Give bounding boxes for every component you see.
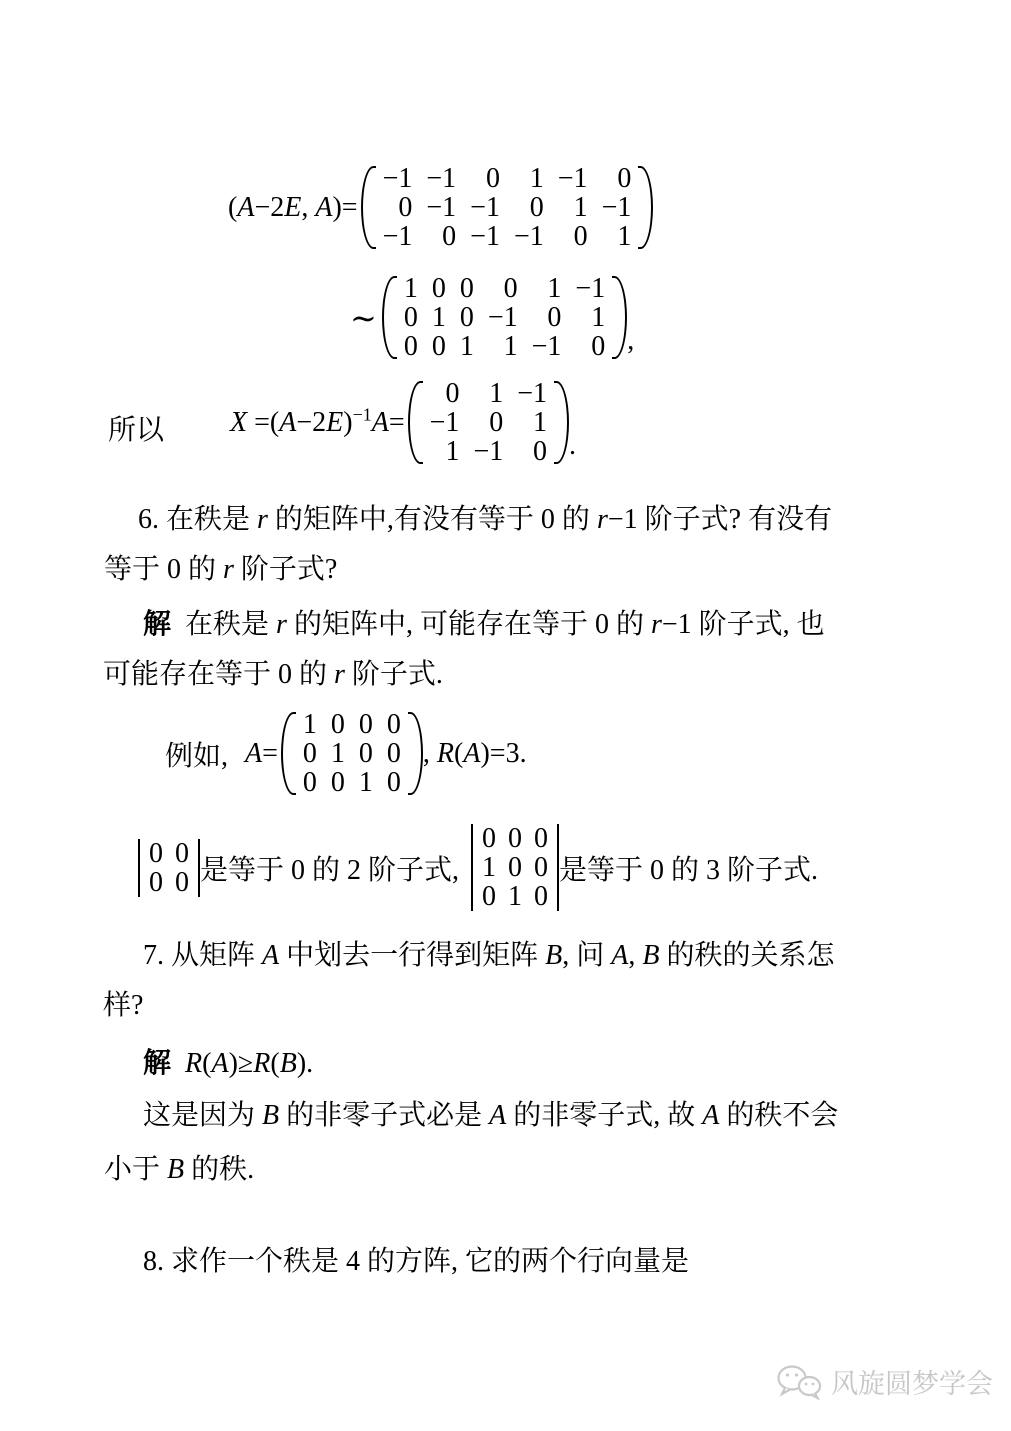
question-7-line-2: 样? (103, 989, 143, 1023)
matrix-cell: 0 (463, 164, 507, 193)
matrix-cell: 0 (528, 824, 554, 853)
matrix-cell: −1 (419, 164, 463, 193)
text-segment: −2 (254, 192, 284, 223)
text-segment: 的秩不会 (719, 1100, 838, 1131)
matrix-cell: −1 (466, 437, 510, 466)
text-segment: E (284, 192, 301, 223)
text-segment: R (437, 738, 454, 769)
matrix-cell: 1 (568, 303, 612, 332)
text-segment: B (167, 1154, 184, 1185)
text-segment: ) (343, 407, 352, 438)
text-segment: 的秩. (184, 1154, 254, 1185)
text-segment: )= (332, 192, 357, 223)
matrix-cell: 0 (568, 332, 612, 361)
wechat-chat-bubbles-icon (776, 1364, 822, 1400)
text-segment: 中划去一行得到矩阵 (279, 940, 545, 971)
matrix-cell: −1 (595, 193, 639, 222)
matrix-cell: 0 (143, 839, 169, 868)
matrix-cell: 1 (425, 303, 453, 332)
text-segment: B (280, 1048, 297, 1079)
equation-row-reduced: ∼ 10001−1010−1010011−10 , (350, 274, 634, 361)
question-6-line-1: 6. 在秩是 r 的矩阵中,有没有等于 0 的 r−1 阶子式? 有没有 (138, 503, 832, 537)
text-segment: , 问 (562, 940, 611, 971)
text-segment: , (301, 192, 315, 223)
text-segment: , (423, 738, 437, 769)
matrix-cell: 0 (352, 710, 380, 739)
matrix-cell: 1 (502, 882, 528, 911)
matrix-cell: 0 (425, 332, 453, 361)
watermark-text: 风旋圆梦学会 (831, 1362, 993, 1401)
matrix-cell: 1 (525, 274, 569, 303)
text-segment: , (628, 940, 642, 971)
text-segment: 的矩阵中,有没有等于 0 的 (268, 504, 597, 535)
text-segment: B (262, 1100, 279, 1131)
matrix-cell: 1 (397, 274, 425, 303)
matrix-cell: 0 (143, 868, 169, 897)
matrix-cell: 0 (380, 768, 408, 797)
equation-period: . (569, 430, 576, 466)
matrix-cell: 0 (481, 274, 525, 303)
equation-a2e-augmented: (A−2E, A)= −1−101−100−1−101−1−10−1−101 (228, 164, 653, 251)
matrix-cell: 0 (551, 222, 595, 251)
text-segment: r (223, 554, 234, 585)
tilde-operator: ∼ (350, 299, 377, 337)
equation-label: (A−2E, A)= (228, 192, 358, 224)
text-segment: r (651, 609, 662, 640)
matrix-cell: 1 (466, 379, 510, 408)
minors-statement: 0000 是等于 0 的 2 阶子式, 000100010 是等于 0 的 3 … (138, 824, 818, 911)
matrix-cell: 0 (502, 853, 528, 882)
matrix-cell: 1 (352, 768, 380, 797)
determinant-3x3: 000100010 (471, 824, 559, 911)
text-segment: = (262, 738, 278, 769)
matrix-cell: 1 (296, 710, 324, 739)
text-segment: 在秩是 (171, 609, 276, 640)
text-segment: A (315, 192, 332, 223)
text-segment: A (237, 192, 254, 223)
text-segment: 的非零子式必是 (279, 1100, 489, 1131)
matrix-cell: −1 (510, 379, 554, 408)
matrix-cell: 1 (551, 193, 595, 222)
text-segment: R (253, 1048, 270, 1079)
right-paren (612, 276, 627, 359)
left-paren (281, 712, 296, 795)
matrix-cell: 0 (296, 739, 324, 768)
text-segment: r (597, 504, 608, 535)
right-paren (554, 381, 569, 464)
minor-2-text: 是等于 0 的 2 阶子式, (200, 848, 459, 888)
left-paren (408, 381, 423, 464)
solution-6-line-2: 可能存在等于 0 的 r 阶子式. (103, 658, 443, 692)
equation-comma: , (627, 325, 634, 361)
matrix-cell: 0 (169, 868, 195, 897)
question-7-line-1: 7. 从矩阵 A 中划去一行得到矩阵 B, 问 A, B 的秩的关系怎 (143, 939, 835, 973)
example-equation: 例如, A= 100001000010 , R(A)=3. (165, 710, 530, 797)
text-segment: A (372, 407, 389, 438)
solution-6-line-1: 解 在秩是 r 的矩阵中, 可能存在等于 0 的 r−1 阶子式, 也 (143, 608, 825, 642)
matrix-cell: 0 (376, 193, 420, 222)
text-segment: = (389, 407, 405, 438)
matrix-cell: 0 (324, 768, 352, 797)
matrix-cell: −1 (463, 222, 507, 251)
text-segment: R (185, 1048, 202, 1079)
text-segment: ). (297, 1048, 313, 1079)
left-paren (382, 276, 397, 359)
text-segment: 解 (143, 609, 171, 640)
text-segment: A (702, 1100, 719, 1131)
matrix-cell: −1 (551, 164, 595, 193)
matrix-cell: −1 (419, 193, 463, 222)
matrix-cell: 1 (453, 332, 481, 361)
matrix-cell: −1 (525, 332, 569, 361)
text-segment: 这是因为 (143, 1100, 262, 1131)
matrix-cell: −1 (376, 222, 420, 251)
question-6-line-2: 等于 0 的 r 阶子式? (104, 553, 337, 587)
matrix-cell: 0 (525, 303, 569, 332)
text-segment: A (211, 1048, 228, 1079)
matrix-cell: 0 (169, 839, 195, 868)
therefore-label: 所以 (108, 414, 164, 448)
matrix-row-reduced: 10001−1010−1010011−10 (397, 274, 612, 361)
solution-7-line-1: 解 R(A)≥R(B). (143, 1047, 313, 1081)
text-segment: A (245, 738, 262, 769)
matrix-cell: 0 (476, 882, 502, 911)
matrix-cell: 1 (324, 739, 352, 768)
matrix-cell: 1 (507, 164, 551, 193)
matrix-cell: 0 (397, 332, 425, 361)
text-segment: r (276, 609, 287, 640)
text-segment: ( (228, 192, 237, 223)
matrix-cell: 0 (502, 824, 528, 853)
matrix-cell: 0 (595, 164, 639, 193)
text-segment: 的非零子式, 故 (506, 1100, 702, 1131)
text-segment (171, 1048, 185, 1079)
matrix-cell: 0 (397, 303, 425, 332)
matrix-cell: 0 (296, 768, 324, 797)
matrix-cell: 0 (466, 408, 510, 437)
matrix-cell: 0 (510, 437, 554, 466)
text-segment: r (257, 504, 268, 535)
text-segment: 解 (143, 1048, 171, 1079)
solution-7-line-3: 小于 B 的秩. (104, 1153, 254, 1187)
matrix-cell: 0 (528, 882, 554, 911)
matrix-cell: 0 (380, 739, 408, 768)
text-segment: −1 (353, 404, 372, 424)
text-segment: A (611, 940, 628, 971)
text-segment: A (463, 738, 480, 769)
matrix-cell: 0 (528, 853, 554, 882)
text-segment: A (489, 1100, 506, 1131)
text-segment: =( (247, 407, 279, 438)
text-segment: 8. 求作一个秩是 4 的方阵, 它的两个行向量是 (143, 1246, 689, 1277)
matrix-cell: −1 (507, 222, 551, 251)
text-segment: )≥ (229, 1048, 254, 1079)
document-page: (A−2E, A)= −1−101−100−1−101−1−10−1−101 ∼… (0, 0, 1011, 1431)
text-segment: r (334, 659, 345, 690)
matrix-cell: −1 (423, 408, 467, 437)
text-segment: X (230, 407, 247, 438)
text-segment: B (642, 940, 659, 971)
minor-3-text: 是等于 0 的 3 阶子式. (559, 848, 818, 888)
matrix-cell: 0 (453, 274, 481, 303)
matrix-cell: 0 (453, 303, 481, 332)
text-segment: 样? (103, 990, 143, 1021)
matrix-cell: 0 (476, 824, 502, 853)
matrix-cell: 0 (423, 379, 467, 408)
right-paren (408, 712, 423, 795)
matrix-cell: 0 (425, 274, 453, 303)
matrix-cell: 0 (419, 222, 463, 251)
text-segment: ( (270, 1048, 279, 1079)
watermark: 风旋圆梦学会 (776, 1362, 993, 1401)
matrix-cell: −1 (463, 193, 507, 222)
text-segment: −2 (296, 407, 326, 438)
matrix-cell: 0 (352, 739, 380, 768)
matrix-cell: −1 (568, 274, 612, 303)
text-segment: 的矩阵中, 可能存在等于 0 的 (287, 609, 651, 640)
equation-label: A= (245, 738, 278, 770)
matrix-cell: 0 (507, 193, 551, 222)
text-segment: ( (454, 738, 463, 769)
text-segment: 等于 0 的 (104, 554, 223, 585)
solution-7-line-2: 这是因为 B 的非零子式必是 A 的非零子式, 故 A 的秩不会 (143, 1099, 838, 1133)
matrix-x-result: 01−1−1011−10 (423, 379, 554, 466)
text-segment: E (326, 407, 343, 438)
matrix-cell: −1 (481, 303, 525, 332)
text-segment: −1 阶子式? 有没有 (608, 504, 832, 535)
matrix-cell: 0 (380, 710, 408, 739)
text-segment: A (279, 407, 296, 438)
matrix-cell: 1 (510, 408, 554, 437)
text-segment: 小于 (104, 1154, 167, 1185)
right-paren (638, 166, 653, 249)
text-segment: A (262, 940, 279, 971)
text-segment: B (545, 940, 562, 971)
text-segment: )=3. (480, 738, 526, 769)
matrix-cell: 1 (595, 222, 639, 251)
determinant-2x2: 0000 (138, 839, 200, 897)
matrix-cell: 1 (476, 853, 502, 882)
matrix-cell: 1 (481, 332, 525, 361)
question-8-line-1: 8. 求作一个秩是 4 的方阵, 它的两个行向量是 (143, 1245, 689, 1279)
matrix-cell: −1 (376, 164, 420, 193)
left-paren (361, 166, 376, 249)
text-segment: −1 阶子式, 也 (662, 609, 825, 640)
text-segment: 阶子式. (345, 659, 443, 690)
text-segment: 阶子式? (234, 554, 337, 585)
equation-label: X =(A−2E)−1A= (230, 407, 405, 439)
matrix-cell: 1 (423, 437, 467, 466)
text-segment: 可能存在等于 0 的 (103, 659, 334, 690)
text-segment: 7. 从矩阵 (143, 940, 262, 971)
matrix-a2e-augmented: −1−101−100−1−101−1−10−1−101 (376, 164, 639, 251)
text-segment: 6. 在秩是 (138, 504, 257, 535)
matrix-example-a: 100001000010 (296, 710, 408, 797)
matrix-cell: 0 (324, 710, 352, 739)
text-segment: 的秩的关系怎 (659, 940, 834, 971)
equation-x-result: X =(A−2E)−1A= 01−1−1011−10 . (230, 379, 576, 466)
rank-statement: , R(A)=3. (423, 738, 527, 770)
example-intro: 例如, (165, 734, 228, 774)
